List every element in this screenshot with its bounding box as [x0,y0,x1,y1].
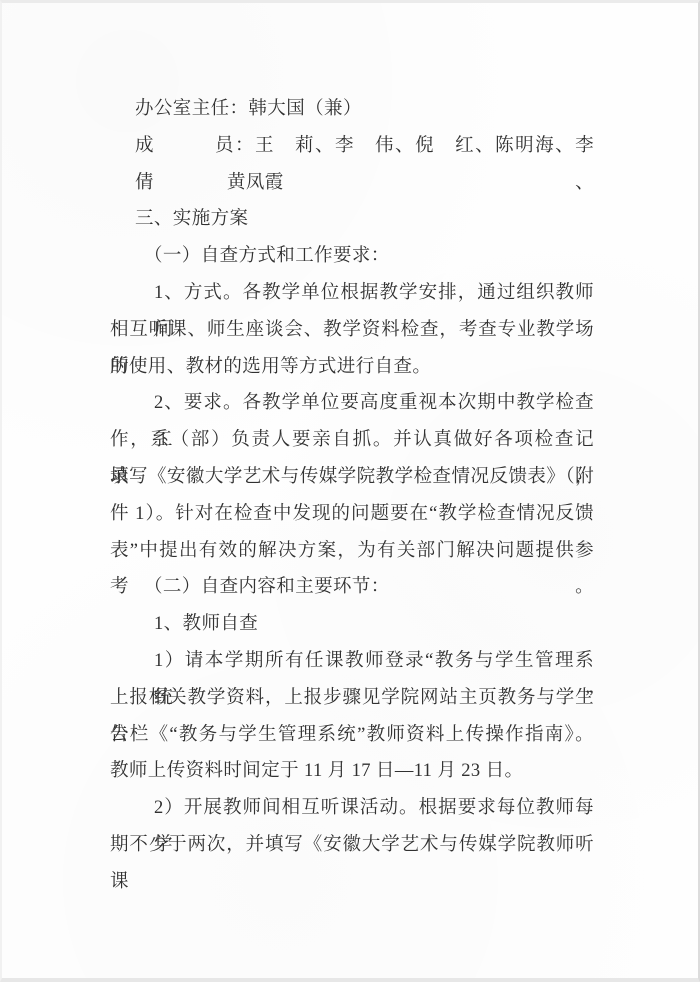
line-members: 成 员：王 莉、李 伟、倪 红、陈明海、李 倩、 [135,128,594,165]
doc-line: 的使用、教材的选用等方式进行自查。 [110,349,594,386]
line-office-director: 办公室主任：韩大国（兼） [135,91,594,128]
line-upload-dates: 教师上传资料时间定于 11 月 17 日—11 月 23 日。 [110,753,594,790]
doc-line: 1、方式。各教学单位根据教学安排，通过组织教师间 [154,275,594,312]
doc-line: 期不少于两次，并填写《安徽大学艺术与传媒学院教师听课 [110,827,594,864]
heading-self-check-method: （一）自查方式和工作要求： [144,238,594,275]
heading-teacher-self-check: 1、教师自查 [154,606,594,643]
doc-line: 2、要求。各教学单位要高度重视本次期中教学检查工 [154,385,594,422]
doc-line: 件 1）。针对在检查中发现的问题要在“教学检查情况反馈 [110,496,594,533]
document-body: 办公室主任：韩大国（兼） 成 员：王 莉、李 伟、倪 红、陈明海、李 倩、 黄凤… [110,91,594,864]
doc-line: 上报相关教学资料，上报步骤见学院网站主页教务与学生公 [110,680,594,717]
doc-line: 表”中提出有效的解决方案，为有关部门解决问题提供参考。 [110,533,594,570]
heading-implementation-plan: 三、实施方案 [135,201,594,238]
doc-line: 1）请本学期所有任课教师登录“教务与学生管理系统” [154,643,594,680]
doc-line: 填写《安徽大学艺术与传媒学院教学检查情况反馈表》（附 [110,459,594,496]
doc-line: 告栏《“教务与学生管理系统”教师资料上传操作指南》。 [110,717,594,754]
doc-line: 作，系（部）负责人要亲自抓。并认真做好各项检查记录， [110,422,594,459]
scanned-document-page: 办公室主任：韩大国（兼） 成 员：王 莉、李 伟、倪 红、陈明海、李 倩、 黄凤… [0,0,700,982]
doc-line: 相互听课、师生座谈会、教学资料检查，考查专业教学场所 [110,312,594,349]
doc-line: 2）开展教师间相互听课活动。根据要求每位教师每学 [154,790,594,827]
